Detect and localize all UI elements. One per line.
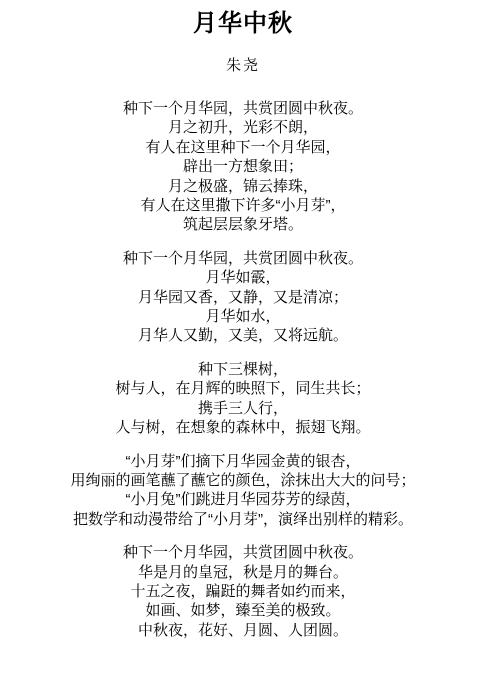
poem-line: 华是月的皇冠，秋是月的舞台。 — [0, 563, 486, 582]
poem-line: 有人在这里种下一个月华园， — [0, 138, 486, 157]
poem-line: 把数学和动漫带给了“小月芽”，演绎出别样的精彩。 — [0, 510, 486, 529]
poem-line: 月华园又香，又静，又是清凉； — [0, 288, 486, 307]
poem-line: 种下一个月华园，共赏团圆中秋夜。 — [0, 249, 486, 268]
document-page: 月华中秋 朱尧 种下一个月华园，共赏团圆中秋夜。月之初升，光彩不朗，有人在这里种… — [0, 0, 486, 699]
poem-line: 人与树，在想象的森林中，振翅飞翔。 — [0, 418, 486, 437]
poem-line: 如画、如梦，臻至美的极致。 — [0, 601, 486, 620]
poem-line: 十五之夜，蹁跹的舞者如约而来， — [0, 582, 486, 601]
poem-author: 朱尧 — [0, 56, 486, 75]
poem-line: 辟出一方想象田； — [0, 157, 486, 176]
stanza: 种下一个月华园，共赏团圆中秋夜。华是月的皇冠，秋是月的舞台。十五之夜，蹁跹的舞者… — [0, 543, 486, 640]
poem-line: 月之极盛，锦云捧珠， — [0, 177, 486, 196]
poem-line: 月华人又勤，又美，又将远航。 — [0, 326, 486, 345]
poem-line: 树与人，在月辉的映照下，同生共长； — [0, 379, 486, 398]
poem-line: 种下一个月华园，共赏团圆中秋夜。 — [0, 543, 486, 562]
poem-line: 携手三人行， — [0, 399, 486, 418]
stanza: 种下三棵树，树与人，在月辉的映照下，同生共长；携手三人行，人与树，在想象的森林中… — [0, 360, 486, 438]
poem-line: 月之初升，光彩不朗， — [0, 118, 486, 137]
stanza: 种下一个月华园，共赏团圆中秋夜。月华如霰，月华园又香，又静，又是清凉；月华如水，… — [0, 249, 486, 346]
poem-line: 种下三棵树， — [0, 360, 486, 379]
poem-line: 种下一个月华园，共赏团圆中秋夜。 — [0, 99, 486, 118]
poem-line: “小月芽”们摘下月华园金黄的银杏， — [0, 452, 486, 471]
poem-line: 筑起层层象牙塔。 — [0, 215, 486, 234]
stanza: 种下一个月华园，共赏团圆中秋夜。月之初升，光彩不朗，有人在这里种下一个月华园，辟… — [0, 99, 486, 235]
poem-line: 用绚丽的画笔蘸了蘸它的颜色，涂抹出大大的问号； — [0, 471, 486, 490]
poem-title: 月华中秋 — [0, 0, 486, 39]
poem-line: 中秋夜，花好、月圆、人团圆。 — [0, 621, 486, 640]
poem-line: 月华如霰， — [0, 268, 486, 287]
poem-line: “小月兔”们跳进月华园芬芳的绿茵， — [0, 490, 486, 509]
poem-body: 种下一个月华园，共赏团圆中秋夜。月之初升，光彩不朗，有人在这里种下一个月华园，辟… — [0, 99, 486, 640]
stanza: “小月芽”们摘下月华园金黄的银杏，用绚丽的画笔蘸了蘸它的颜色，涂抹出大大的问号；… — [0, 452, 486, 530]
poem-line: 月华如水， — [0, 307, 486, 326]
poem-line: 有人在这里撒下许多“小月芽”， — [0, 196, 486, 215]
